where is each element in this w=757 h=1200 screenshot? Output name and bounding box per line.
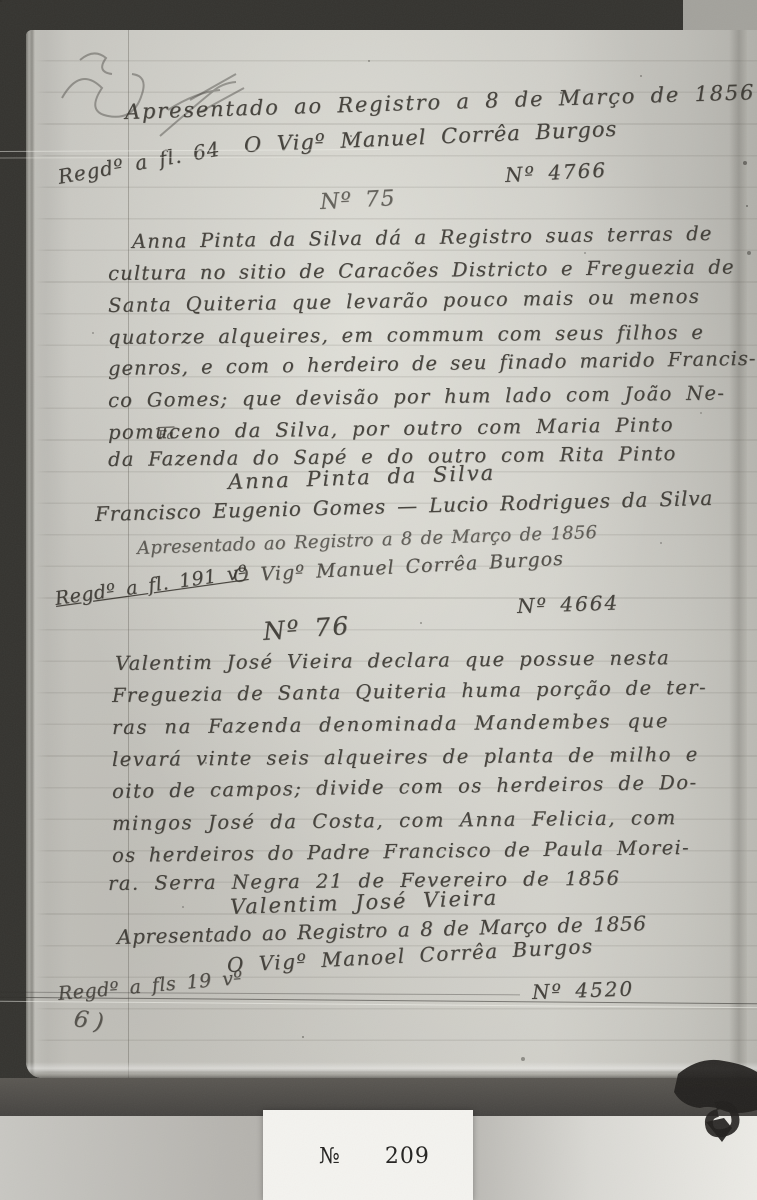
dust-specks — [0, 0, 2, 2]
page-left-edge — [26, 30, 48, 1078]
numero-symbol: № — [319, 1144, 341, 1200]
pencil-scribbles — [40, 40, 270, 150]
binding-thread-blob — [670, 1052, 757, 1162]
entry-75-insertion-mark: Fa — [158, 427, 175, 442]
register-number-75: Nº 4664 — [517, 590, 620, 618]
register-number-76: Nº 4520 — [532, 976, 635, 1004]
page-right-crease — [729, 30, 747, 1078]
facing-page-corner — [683, 0, 757, 30]
archive-number-label: № 209 — [263, 1110, 473, 1200]
entry-76-heading: Nº 76 — [262, 611, 351, 646]
entry-75-heading: Nº 75 — [319, 186, 396, 215]
archive-number: 209 — [385, 1144, 430, 1200]
register-book-photo: Apresentado ao Registro a 8 de Março de … — [0, 0, 757, 1200]
margin-flourish: 6) — [72, 1006, 111, 1037]
margin-rule-line — [128, 30, 129, 1078]
